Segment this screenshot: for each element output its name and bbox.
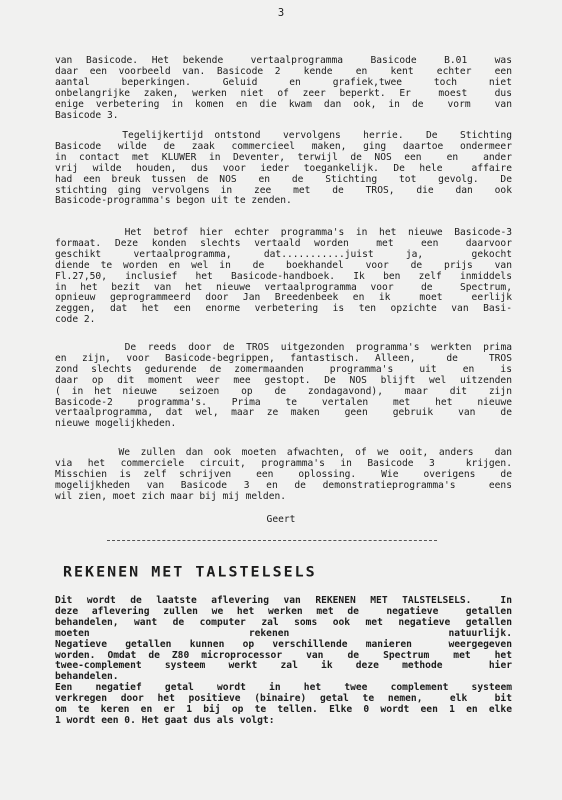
- text-line: code 2.: [55, 315, 512, 326]
- text-line: Negatieve getallen kunnen op verschillen…: [55, 640, 512, 651]
- text-line: Basicode-programma's begon uit te zenden…: [55, 196, 512, 207]
- text-line: Basicode 3.: [55, 111, 512, 122]
- text-line: nieuwe mogelijkheden.: [55, 419, 512, 430]
- text-line: daar op dit moment weer mee gestopt. De …: [55, 376, 512, 387]
- text-line: Fl.27,50, inclusief het Basicode-handboe…: [55, 272, 512, 283]
- paragraph-2: Tegelijkertijd ontstond vervolgens herri…: [55, 131, 512, 207]
- text-line: 1 wordt een 0. Het gaat dus als volgt:: [55, 716, 512, 727]
- text-line: had een breuk tussen de NOS en de Sticht…: [55, 175, 512, 186]
- paragraph-3: Het betrof hier echter programma's in he…: [55, 228, 512, 326]
- signature: Geert: [0, 514, 562, 525]
- text-line: enige verbetering in komen en die kwam d…: [55, 100, 512, 111]
- text-line: vrij wilde houden, dus voor ieder toegan…: [55, 164, 512, 175]
- text-line: ( in het nieuwe seizoen op de zondagavon…: [55, 387, 512, 398]
- text-line: moeten rekenen natuurlijk.: [55, 629, 512, 640]
- text-line: zeggen, dat het een enorme verbetering i…: [55, 304, 512, 315]
- text-line: diende te worden en wel in de boekhandel…: [55, 261, 512, 272]
- text-line: mogelijkheden van Basicode 3 en de demon…: [55, 481, 512, 492]
- page-number: 3: [0, 7, 562, 19]
- text-line: onbelangrijke zaken, werken niet of zeer…: [55, 89, 512, 100]
- section-body: Dit wordt de laatste aflevering van REKE…: [55, 596, 512, 727]
- divider-rule: [107, 540, 437, 541]
- paragraph-5: We zullen dan ook moeten afwachten, of w…: [55, 448, 512, 503]
- paragraph-4: De reeds door de TROS uitgezonden progra…: [55, 343, 512, 430]
- text-line: twee-complement systeem werkt zal ik dez…: [55, 661, 512, 672]
- text-line: wil zien, moet zich maar bij mij melden.: [55, 492, 512, 503]
- section-heading: REKENEN MET TALSTELSELS: [63, 563, 317, 580]
- paragraph-1: van Basicode. Het bekende vertaalprogram…: [55, 56, 512, 121]
